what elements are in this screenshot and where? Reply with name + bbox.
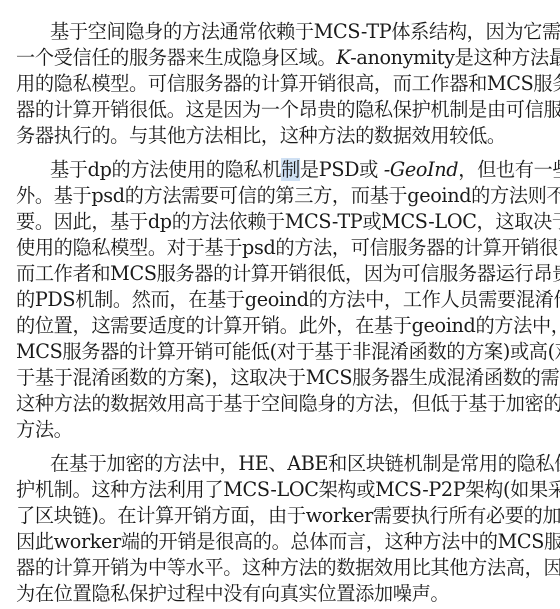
text-line: 外。基于psd的方法需要可信的第三方，而基于geoind的方法则不需 [16,184,560,208]
text-line: 方法。 [16,418,73,442]
text-line: 护机制。这种方法利用了MCS-LOC架构或MCS-P2P架构(如果采用 [16,478,560,502]
text-line: 要。因此，基于dp的方法依赖于MCS-TP或MCS-LOC，这取决于所 [16,210,560,234]
italic-geoind: -GeoInd [384,158,459,181]
text-line: 的PDS机制。然而，在基于geoind的方法中，工作人员需要混淆他们 [16,288,560,312]
text-line: 于基于混淆函数的方案)，这取决于MCS服务器生成混淆函数的需要。 [16,366,560,390]
text-line: 在基于加密的方法中，HE、ABE和区块链机制是常用的隐私保 [50,452,560,476]
italic-k: K [336,46,350,69]
text-line: 一个受信任的服务器来生成隐身区域。K-anonymity是这种方法最常 [16,46,560,70]
text-line: 的位置，这需要适度的计算开销。此外，在基于geoind的方法中， [16,314,560,338]
text-line: 器的计算开销很低。这是因为一个昂贵的隐私保护机制是由可信服 [16,98,560,122]
text-line: 这种方法的数据效用高于基于空间隐身的方法，但低于基于加密的 [16,392,560,416]
text-span: 基于dp的方法使用的隐私机 [50,158,281,181]
text-line: 务器执行的。与其他方法相比，这种方法的数据效用较低。 [16,124,506,148]
text-span: 是PSD或 [300,158,384,181]
text-span: 一个受信任的服务器来生成隐身区域。 [16,46,336,69]
text-span: -anonymity是这种方法最常 [350,46,560,69]
text-line: 器的计算开销为中等水平。这种方法的数据效用比其他方法高，因 [16,556,560,580]
text-line: 而工作者和MCS服务器的计算开销很低，因为可信服务器运行昂贵 [16,262,560,286]
text-line: 使用的隐私模型。对于基于psd的方法，可信服务器的计算开销很高， [16,236,560,260]
text-line: 基于空间隐身的方法通常依赖于MCS-TP体系结构，因为它需要 [50,20,560,44]
text-line: 了区块链)。在计算开销方面，由于worker需要执行所有必要的加密， [16,504,560,528]
text-line: 因此worker端的开销是很高的。总体而言，这种方法中的MCS服务 [16,530,560,554]
selected-text[interactable]: 制 [281,158,300,181]
text-line: 为在位置隐私保护过程中没有向真实位置添加噪声。 [16,582,449,606]
text-span: ，但也有一些例 [458,158,560,181]
text-line: 基于dp的方法使用的隐私机制是PSD或 -GeoInd，但也有一些例 [50,158,560,182]
text-line: MCS服务器的计算开销可能低(对于基于非混淆函数的方案)或高(对 [16,340,560,364]
text-line: 用的隐私模型。可信服务器的计算开销很高，而工作器和MCS服务 [16,72,560,96]
